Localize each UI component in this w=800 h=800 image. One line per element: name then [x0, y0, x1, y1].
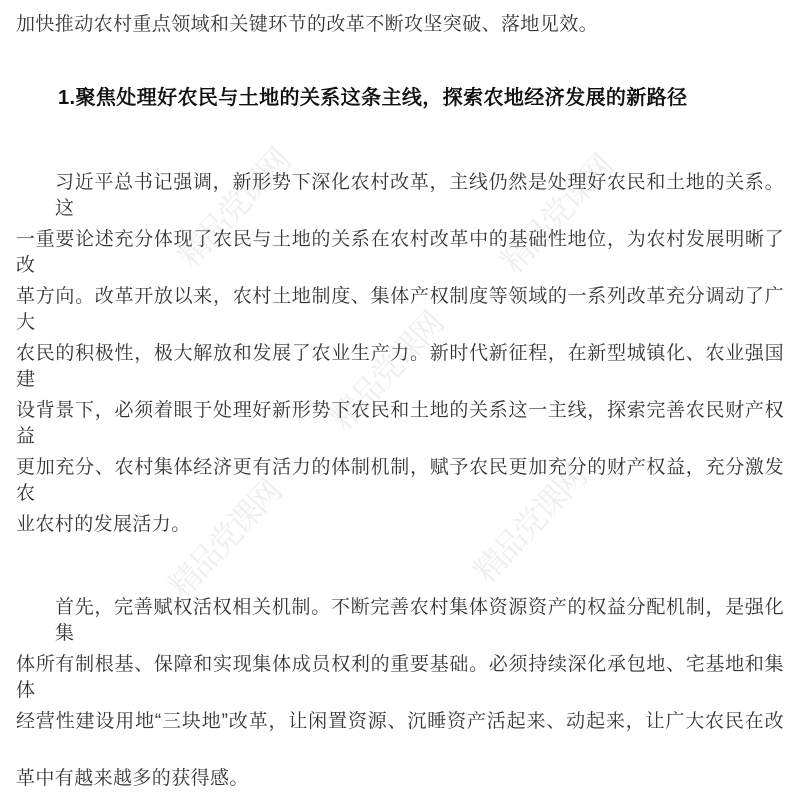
- section-heading: 1.聚焦处理好农民与土地的关系这条主线，探索农地经济发展的新路径: [58, 84, 687, 112]
- paragraph1-line: 业农村的发展活力。: [16, 512, 784, 538]
- paragraph1-line: 农民的积极性，极大解放和发展了农业生产力。新时代新征程，在新型城镇化、农业强国建: [16, 341, 784, 367]
- document-page: 精品党课网 精品党课网 精品党课网 精品党课网 精品党课网 加快推动农村重点领域…: [0, 0, 800, 800]
- intro-line: 加快推动农村重点领域和关键环节的改革不断攻坚突破、落地见效。: [16, 12, 784, 38]
- paragraph1-line: 一重要论述充分体现了农民与土地的关系在农村改革中的基础性地位，为农村发展明晰了改: [16, 227, 784, 253]
- paragraph1-line: 习近平总书记强调，新形势下深化农村改革，主线仍然是处理好农民和土地的关系。这: [16, 170, 784, 196]
- document-body: 加快推动农村重点领域和关键环节的改革不断攻坚突破、落地见效。 1.聚焦处理好农民…: [0, 0, 800, 800]
- paragraph2-line: 经营性建设用地“三块地”改革，让闲置资源、沉睡资产活起来、动起来，让广大农民在改: [16, 709, 784, 735]
- paragraph1-line: 更加充分、农村集体经济更有活力的体制机制，赋予农民更加充分的财产权益，充分激发农: [16, 455, 784, 481]
- paragraph2-line: 首先，完善赋权活权相关机制。不断完善农村集体资源资产的权益分配机制，是强化集: [16, 595, 784, 621]
- paragraph2-line: 革中有越来越多的获得感。: [16, 766, 784, 792]
- paragraph1-line: 设背景下，必须着眼于处理好新形势下农民和土地的关系这一主线，探索完善农民财产权益: [16, 398, 784, 424]
- paragraph2-line: 体所有制根基、保障和实现集体成员权利的重要基础。必须持续深化承包地、宅基地和集体: [16, 652, 784, 678]
- paragraph1-line: 革方向。改革开放以来，农村土地制度、集体产权制度等领域的一系列改革充分调动了广大: [16, 284, 784, 310]
